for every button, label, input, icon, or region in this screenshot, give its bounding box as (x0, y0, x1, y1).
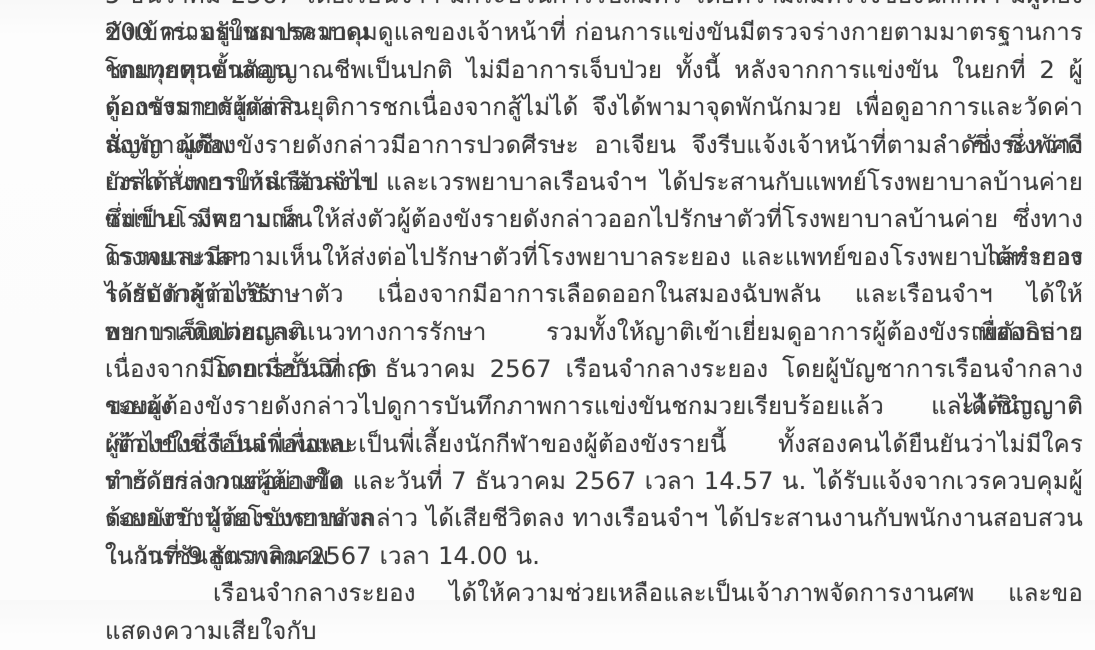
text-line: นั่งพัก ผู้ต้องขังรายดังกล่าวมีอาการปวดศ… (105, 127, 1083, 164)
text-line: 5 ธันวาคม 2567 โดยเรือนจำฯ มีกระบวนการรั… (105, 0, 1083, 14)
text-line: รายดังกล่าวแต่อย่างใด และวันที่ 7 ธันวาค… (105, 463, 1083, 500)
text-line: รายดังกล่าวไว้รักษาตัว เนื่องจากมีอาการเ… (105, 276, 1083, 313)
text-line: ในวันที่ 9 ธันวาคม 2567 เวลา 14.00 น. (105, 538, 1083, 575)
text-line: ของผู้ต้องขังรายดังกล่าวไปดูการบันทึกภาพ… (105, 388, 1083, 425)
text-line: ยังสถานพยาบาลเรือนจำฯ และเวรพยาบาลเรือนจ… (105, 164, 1083, 201)
text-line: 200 คน อยู่ในการควบคุมดูแลของเจ้าหน้าที่… (105, 14, 1083, 51)
text-line: ถูกกรรมการผู้ตัดสินยุติการชกเนื่องจากสู้… (105, 89, 1083, 126)
document-page: 5 ธันวาคม 2567 โดยเรือนจำฯ มีกระบวนการรั… (105, 0, 1083, 600)
text-line: ตรวจและมีความเห็นให้ส่งต่อไปรักษาตัวที่โ… (105, 239, 1083, 276)
text-line: ระยองว่า ผู้ต้องขังรายดังกล่าว ได้เสียชี… (105, 500, 1083, 537)
text-line: เรือนจำกลางระยอง ได้ให้ความช่วยเหลือและเ… (105, 575, 1083, 600)
text-line: โดยทุกคนค่าสัญญาณชีพเป็นปกติ ไม่มีอาการเ… (105, 52, 1083, 89)
text-line: แม่ข่าย มีความเห็นให้ส่งตัวผู้ต้องขังราย… (105, 201, 1083, 238)
document-text-block: 5 ธันวาคม 2567 โดยเรือนจำฯ มีกระบวนการรั… (105, 0, 1083, 600)
text-line: อาการเจ็บป่วยและแนวทางการรักษา รวมทั้งให… (105, 314, 1083, 351)
text-line: โดยเมื่อวันที่ 6 ธันวาคม 2567 เรือนจำกลา… (105, 351, 1083, 388)
text-line: ผู้ต้องขังซึ่งเป็นเพื่อนและเป็นพี่เลี้ยง… (105, 426, 1083, 463)
